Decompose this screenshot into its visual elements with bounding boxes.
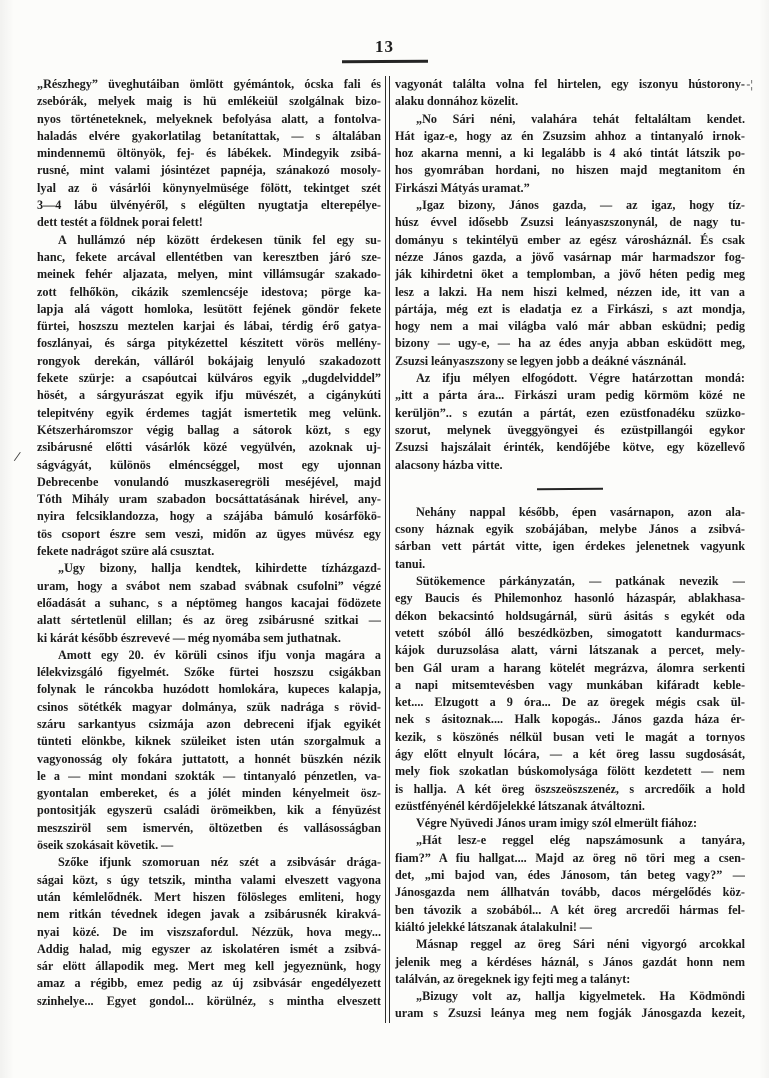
text-line: foszlányai, és sárga pitykézettel készit… (37, 335, 381, 352)
text-line: „Bizugy volt az, hallja kigyelmetek. Ha … (395, 988, 745, 1005)
text-line: telepitvény egyik érdemes tagját ismerte… (37, 405, 381, 422)
text-line: A hullámzó nép között érdekesen tünik fe… (37, 232, 381, 249)
text-line: szinhelye... Egyet gondol... körülnéz, s… (37, 993, 381, 1010)
text-line: Firkászi Mátyás uramat.” (395, 180, 745, 197)
text-line: csony háznak egyik szobájában, melybe Já… (395, 521, 745, 538)
text-line: kájok duruzsolása alatt, várni látszanak… (395, 642, 745, 659)
text-line: ezüstfényénél kérdőjelekké látszanak átv… (395, 798, 745, 815)
text-line: hoz akarna menni, a ki legalább is 4 akó… (395, 145, 745, 162)
text-line: „Részhegy” üveghutáiban ömlött gyémántok… (37, 76, 381, 93)
text-line: Sütökemence párkányzatán, — patkának nev… (395, 573, 745, 590)
text-line: nyira felcsiklandozza, hogy a szájába bá… (37, 508, 381, 525)
text-line: száru sarkantyus csizmája azon debreceni… (37, 716, 381, 733)
text-line: „itt a párta ára... Firkászi uram pedig … (395, 387, 745, 404)
text-line: zott felhőkön, cikázik szemlencséje ides… (37, 284, 381, 301)
text-line: egy Baucis és Philemonhoz hasonló házasp… (395, 590, 745, 607)
text-line: Debrecenbe vonulandó muszkaseregröli mes… (37, 474, 381, 491)
text-line: jelenik meg a kérdéses háznál, s János g… (395, 954, 745, 971)
text-line: lapja alá vágott homloka, lesütött fején… (37, 301, 381, 318)
text-line: előadását a suhanc, s a néptömeg hangos … (37, 595, 381, 612)
paragraph: Nehány nappal később, épen vasárnapon, a… (395, 504, 745, 573)
text-line: nyai közé. De im viszszafordul. Nézzük, … (37, 924, 381, 941)
text-line: dományu s tekintélyü ember az egész váro… (395, 232, 745, 249)
text-line: folynak le ráncokba huzódott homlokára, … (37, 681, 381, 698)
text-line: ságvágyát, különös elméncséggel, most eg… (37, 457, 381, 474)
text-line: ben távozik a szobából... A két öreg arc… (395, 902, 745, 919)
text-line: „Igaz bizony, János gazda, — az igaz, ho… (395, 197, 745, 214)
text-line: is hallja. A két öreg öszszeöszszenéz, s… (395, 781, 745, 798)
section-divider-rule (537, 487, 603, 490)
text-line: le a — mint mondani szokták — tintanyaló… (37, 768, 381, 785)
text-line: fekete nadrágot szüre alá csusztat. (37, 543, 381, 560)
paragraph: Az ifju mélyen elfogódott. Végre határzo… (395, 370, 745, 474)
text-line: pontositják egyszerü családi örömeikben,… (37, 802, 381, 819)
text-line: rongyok derekán, válláról bokájaig lenyu… (37, 353, 381, 370)
text-line: vagyonosság oly fokára juttatott, a honn… (37, 751, 381, 768)
paragraph: „Ugy bizony, hallja kendtek, kihirdette … (37, 560, 381, 646)
text-line: alaku donnához közelit. (395, 93, 745, 110)
text-line: fiam?” A fiu hallgat.... Majd az öreg nö… (395, 850, 745, 867)
text-line: kezik, s köszönés nélkül busan veti le m… (395, 729, 745, 746)
paragraph: Sütökemence párkányzatán, — patkának nev… (395, 573, 745, 815)
text-line: hos gyomrában hordani, no hiszen majd me… (395, 162, 745, 179)
paragraph: „Részhegy” üveghutáiban ömlött gyémántok… (37, 76, 381, 232)
text-line: nem ritkán tévednek idegen javak a zsibá… (37, 906, 381, 923)
text-line: dett testét a földnek porai felett! (37, 214, 381, 231)
text-line: uram, hogy a svábot nem szabad svábnak c… (37, 578, 381, 595)
text-line: nyos történeteknek, melyeknek befolyása … (37, 111, 381, 128)
page-number: 13 (0, 38, 769, 55)
paragraph: „No Sári néni, valahára tehát feltalálta… (395, 111, 745, 197)
text-line: Jánosgazda nem állhatván tovább, dacos m… (395, 884, 745, 901)
text-line: után kémlelődnék. Mert hiszen fölösleges… (37, 889, 381, 906)
text-line: lélekvizsgáló figyelmét. Szőke fürtei ho… (37, 664, 381, 681)
paragraph: vagyonát találta volna fel hirtelen, egy… (395, 76, 745, 111)
text-line: bizony — ugy-e, — ha az édes anyja abban… (395, 335, 745, 352)
paragraph: „Bizugy volt az, hallja kigyelmetek. Ha … (395, 988, 745, 1023)
text-line: kerüljön”.. s ezután a pártát, ezen ezüs… (395, 405, 745, 422)
text-columns: „Részhegy” üveghutáiban ömlött gyémántok… (37, 76, 745, 1023)
text-line: „Hát lesz-e reggel elég napszámosunk a t… (395, 832, 745, 849)
text-line: tanui. (395, 556, 745, 573)
text-line: „Ugy bizony, hallja kendtek, kihirdette … (37, 560, 381, 577)
text-line: ságai közt, s úgy tetszik, mintha valami… (37, 872, 381, 889)
text-line: ják kihirdetni öket a templomban, a jövő… (395, 266, 745, 283)
text-line: dékon bekacsintó holdsugárnál, sürü ásit… (395, 608, 745, 625)
text-line: fekete szürje: a csapóutcai külváros egy… (37, 370, 381, 387)
text-line: Nehány nappal később, épen vasárnapon, a… (395, 504, 745, 521)
text-line: rusné, mint valami jósintézet papnéja, s… (37, 162, 381, 179)
text-line: haladás elvére gyakorlatilag betanítatta… (37, 128, 381, 145)
text-line: mindennemü öltönyök, fej- és lábékek. Mi… (37, 145, 381, 162)
text-line: 3—4 lábu ülvényéről, s elégülten nyugtat… (37, 197, 381, 214)
text-line: Kétszerháromszor végig ballag a sátorok … (37, 422, 381, 439)
paragraph: Végre Nyüvedi János uram imigy szól elme… (395, 815, 745, 832)
paragraph: A hullámzó nép között érdekesen tünik fe… (37, 232, 381, 561)
text-line: fürtei, hoszszu meztelen karjai és lábai… (37, 318, 381, 335)
section-divider (395, 474, 745, 504)
paragraph: „Igaz bizony, János gazda, — az igaz, ho… (395, 197, 745, 370)
scan-artifact-right-margin: -¦ (746, 78, 753, 90)
text-line: Végre Nyüvedi János uram imigy szól elme… (395, 815, 745, 832)
text-line: ki kárát később észrevevé — még nyomába … (37, 630, 381, 647)
text-line: tünteti elönkbe, kiknek szüleiket isten … (37, 733, 381, 750)
text-line: kiáltó jelekké látszanak átalakulni! — (395, 919, 745, 936)
text-line: találván, az öregeknek igy fejti meg a t… (395, 971, 745, 988)
text-line: lyal az ö vásárlói könynyelmüsége fölött… (37, 180, 381, 197)
text-line: pártája, még ezt is eladatja ez a Firkás… (395, 301, 745, 318)
text-line: mely fiok szokatlan búskomolysága fölött… (395, 763, 745, 780)
paragraph: Másnap reggel az öreg Sári néni vigyorgó… (395, 936, 745, 988)
text-line: gyontalan embereket, és a jólét minden k… (37, 785, 381, 802)
paragraph: Szőke ifjunk szomoruan néz szét a zsibvá… (37, 854, 381, 1010)
text-line: alatt sértetlenül elillan; és az öreg zs… (37, 612, 381, 629)
text-line: meinek fehér aljazata, melyen, mint vill… (37, 266, 381, 283)
text-line: Zsuzsi leányaszszony se legyen jobb a de… (395, 353, 745, 370)
text-line: amaz a régibb, emez pedig az új zsibvásá… (37, 975, 381, 992)
text-line: a napi mitsemtevésben vagy munkában kifá… (395, 677, 745, 694)
text-line: ket.... Elzugott a 9 óra... De az öregek… (395, 694, 745, 711)
text-line: zsebórák, melyek maig is hü emlékeiül sz… (37, 93, 381, 110)
text-line: Addig halad, mig egyszer az iskolatéren … (37, 941, 381, 958)
text-line: Zsuzsi hajszálait érinték, kendőjébe köt… (395, 439, 745, 456)
text-line: ben Gál uram a harang kötelét megrázva, … (395, 660, 745, 677)
text-line: hogy nem a mai világba való már abban es… (395, 318, 745, 335)
text-line: sárban vett pártát vitte, igen érdekes j… (395, 538, 745, 555)
text-line: szorut, melynek üveggyöngyei és ezüstpil… (395, 422, 745, 439)
text-line: Az ifju mélyen elfogódott. Végre határzo… (395, 370, 745, 387)
text-line: csinos sötétkék magyar dolmánya, szük na… (37, 699, 381, 716)
text-line: meszsziröl sem ismervén, öltözetben és v… (37, 820, 381, 837)
paragraph: Amott egy 20. év körüli csinos ifju vonj… (37, 647, 381, 855)
text-line: sár elött állapodik meg. Mert meg kell j… (37, 958, 381, 975)
right-text-column: vagyonát találta volna fel hirtelen, egy… (395, 76, 745, 1023)
scanned-book-page: 13 „Részhegy” üveghutáiban ömlött gyémán… (0, 0, 769, 1078)
scan-artifact-left-margin: / (14, 451, 20, 465)
text-line: uram s Zsuzsi leánya meg nem fogják Jáno… (395, 1005, 745, 1022)
text-line: Másnap reggel az öreg Sári néni vigyorgó… (395, 936, 745, 953)
text-line: tös csoport észre sem veszi, midőn az üg… (37, 526, 381, 543)
text-line: hanc, fekete arcával ellentétben van ker… (37, 249, 381, 266)
text-line: vetett szóból álló beszédközben, simogat… (395, 625, 745, 642)
text-line: det, „mi bajod van, édes Jánosom, tán be… (395, 867, 745, 884)
text-line: vagyonát találta volna fel hirtelen, egy… (395, 76, 745, 93)
text-line: ágy előtt elnyult lócára, — a két öreg l… (395, 746, 745, 763)
column-divider-rule (385, 76, 390, 1023)
text-line: alacsony házba vitte. (395, 457, 745, 474)
text-line: öseik szokásait követik. — (37, 837, 381, 854)
text-line: húsz évvel idősebb Zsuzsi leányaszszonyn… (395, 214, 745, 231)
text-line: nézze János gazda, a jövő vasárnap már h… (395, 249, 745, 266)
text-line: zsibárusné előtti vásárlók közé vegyülvé… (37, 439, 381, 456)
text-line: „No Sári néni, valahára tehát feltalálta… (395, 111, 745, 128)
text-line: nek s ásitoznak.... Halk kopogás.. János… (395, 711, 745, 728)
paragraph: „Hát lesz-e reggel elég napszámosunk a t… (395, 832, 745, 936)
page-number-rule (341, 60, 427, 63)
left-text-column: „Részhegy” üveghutáiban ömlött gyémántok… (37, 76, 381, 1010)
text-line: Amott egy 20. év körüli csinos ifju vonj… (37, 647, 381, 664)
text-line: hösét, a sárgyurászat egyik ifju müvészé… (37, 387, 381, 404)
text-line: Hát igaz-e, hogy az én Zsuzsim ahhoz a t… (395, 128, 745, 145)
text-line: lesz a lakzi. Ha nem hiszi kelmed, nézze… (395, 284, 745, 301)
text-line: Szőke ifjunk szomoruan néz szét a zsibvá… (37, 854, 381, 871)
page-header: 13 (0, 38, 769, 63)
text-line: Tóth Mihály uram szabadon bocsáttatásána… (37, 491, 381, 508)
